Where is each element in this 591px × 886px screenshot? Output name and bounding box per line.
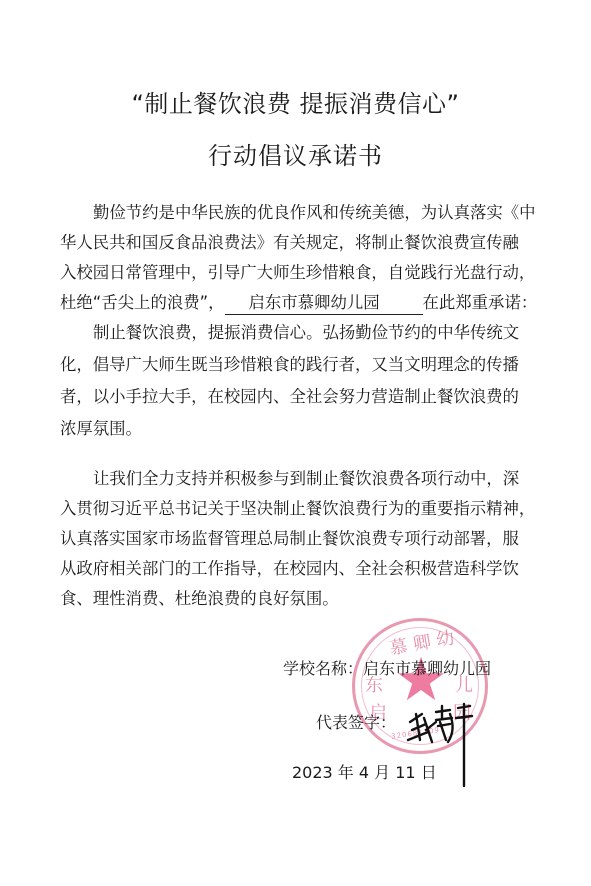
paragraph-1: 勤俭节约是中华民族的优良作风和传统美德，为认真落实《中 华人民共和国反食品浪费法… [60,198,520,318]
text-prefix: 杜绝“舌尖上的浪费”， [60,293,225,312]
paragraph-3: 让我们全力支持并积极参与到制止餐饮浪费各项行动中，深 入贯彻习近平总书记关于坚决… [60,464,520,614]
paragraph-line: 制止餐饮浪费，提振消费信心。弘扬勤俭节约的中华传统文 [60,317,520,349]
paragraph-line: 浓厚氛围。 [60,413,520,445]
paragraph-line: 入校园日常管理中，引导广大师生珍惜粮食，自觉践行光盘行动， [60,258,520,288]
school-name-line: 学校名称：启东市慕卿幼儿园 [283,656,491,679]
rep-label: 代表签字： [316,713,396,732]
title-sub: 行动倡议承诺书 [0,136,591,171]
paragraph-line: 勤俭节约是中华民族的优良作风和传统美德，为认真落实《中 [60,198,520,228]
paragraph-line: 入贯彻习近平总书记关于坚决制止餐饮浪费行为的重要指示精神， [60,494,520,524]
title-main: “制止餐饮浪费 提振消费信心” [0,84,591,119]
text-suffix: 在此郑重承诺： [423,293,538,312]
paragraph-line: 者，以小手拉大手，在校园内、全社会努力营造制止餐饮浪费的 [60,381,520,413]
representative-line: 代表签字： [316,710,396,733]
school-label: 学校名称： [283,659,363,678]
school-name: 启东市慕卿幼儿园 [363,659,491,678]
school-name-fill: 启东市慕卿幼儿园 [225,292,423,315]
date: 2023 年 4 月 11 日 [292,760,437,783]
paragraph-line: 认真落实国家市场监督管理总局制止餐饮浪费专项行动部署，服 [60,524,520,554]
paragraph-line: 食、理性消费、杜绝浪费的良好氛围。 [60,584,520,614]
paragraph-line: 杜绝“舌尖上的浪费”，启东市慕卿幼儿园在此郑重承诺： [60,288,520,318]
paragraph-2: 制止餐饮浪费，提振消费信心。弘扬勤俭节约的中华传统文 化，倡导广大师生既当珍惜粮… [60,317,520,445]
paragraph-line: 华人民共和国反食品浪费法》有关规定，将制止餐饮浪费宣传融 [60,228,520,258]
paragraph-line: 化，倡导广大师生既当珍惜粮食的践行者，又当文明理念的传播 [60,349,520,381]
paragraph-line: 从政府相关部门的工作指导，在校园内、全社会积极营造科学饮 [60,554,520,584]
paragraph-line: 让我们全力支持并积极参与到制止餐饮浪费各项行动中，深 [60,464,520,494]
